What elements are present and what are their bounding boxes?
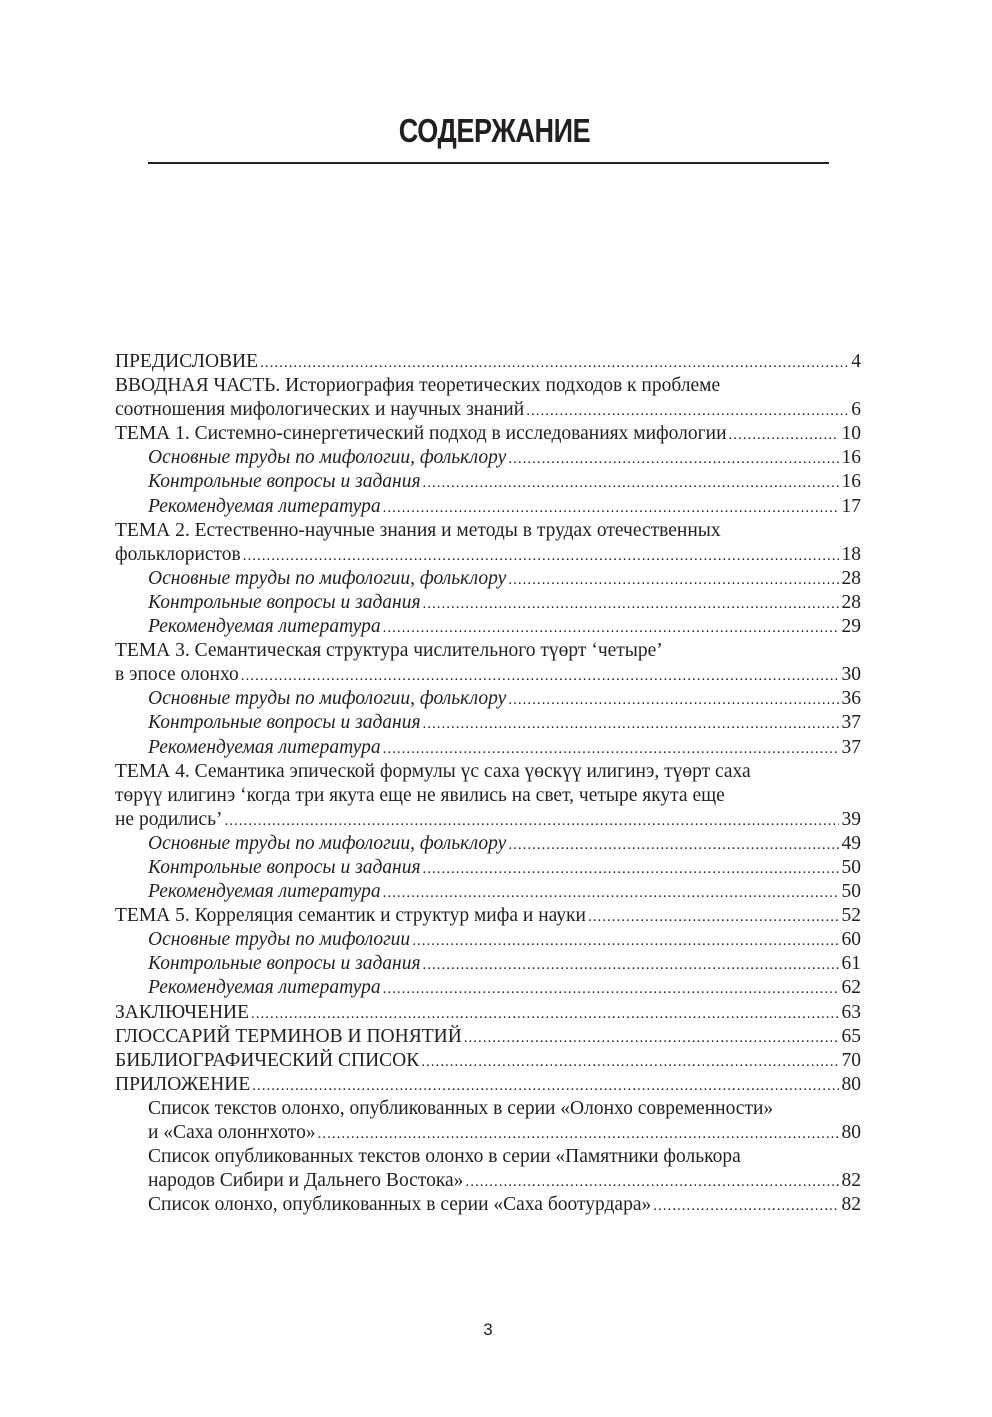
toc-page-number: 80 <box>842 1121 862 1145</box>
toc-entry[interactable]: ТЕМА 3. Семантическая структура числител… <box>115 639 861 687</box>
toc-entry[interactable]: ТЕМА 2. Естественно-научные знания и мет… <box>115 519 861 567</box>
toc-entry-title: ПРЕДИСЛОВИЕ <box>115 350 258 374</box>
toc-entry[interactable]: Основные труды по мифологии, фольклору36 <box>115 687 861 711</box>
toc-entry-title: в эпосе олонхо <box>115 663 239 687</box>
toc-entry-title: Список опубликованных текстов олонхо в с… <box>148 1145 741 1169</box>
toc-page-number: 37 <box>842 711 862 735</box>
toc-line: Основные труды по мифологии, фольклору36 <box>115 687 861 711</box>
toc-entry-title: соотношения мифологических и научных зна… <box>115 398 524 422</box>
toc-entry-title: Контрольные вопросы и задания <box>148 856 421 880</box>
toc-page-number: 50 <box>842 856 862 880</box>
toc-entry-title: Основные труды по мифологии, фольклору <box>148 567 506 591</box>
toc-line: төрүү илигинэ ‘когда три якута еще не яв… <box>115 784 861 808</box>
toc-entry-title: Основные труды по мифологии <box>148 928 410 952</box>
toc-page-number: 6 <box>851 398 861 422</box>
toc-line: Контрольные вопросы и задания28 <box>115 591 861 615</box>
toc-entry[interactable]: Основные труды по мифологии, фольклору28 <box>115 567 861 591</box>
toc-entry-title: ТЕМА 3. Семантическая структура числител… <box>115 639 663 663</box>
toc-line: не родились’39 <box>115 808 861 832</box>
dot-leader <box>243 544 839 568</box>
toc-page-number: 82 <box>842 1169 862 1193</box>
toc-entry-title: и «Саха олонҥхото» <box>148 1121 316 1145</box>
toc-entry-title: фольклористов <box>115 543 241 567</box>
toc-line: Контрольные вопросы и задания50 <box>115 856 861 880</box>
toc-entry[interactable]: ЗАКЛЮЧЕНИЕ63 <box>115 1001 861 1025</box>
toc-entry-title: Основные труды по мифологии, фольклору <box>148 687 506 711</box>
toc-entry[interactable]: ПРИЛОЖЕНИЕ80 <box>115 1073 861 1097</box>
toc-line: ЗАКЛЮЧЕНИЕ63 <box>115 1001 861 1025</box>
toc-line: ТЕМА 3. Семантическая структура числител… <box>115 639 861 663</box>
toc-page-number: 80 <box>842 1073 862 1097</box>
toc-entry-title: БИБЛИОГРАФИЧЕСКИЙ СПИСОК <box>115 1049 419 1073</box>
toc-page-number: 50 <box>842 880 862 904</box>
toc-page-number: 37 <box>842 736 862 760</box>
page-title: СОДЕРЖАНИЕ <box>88 112 901 150</box>
dot-leader <box>423 471 839 495</box>
toc-line: соотношения мифологических и научных зна… <box>115 398 861 422</box>
toc-line: и «Саха олонҥхото»80 <box>115 1121 861 1145</box>
toc-entry[interactable]: Основные труды по мифологии60 <box>115 928 861 952</box>
dot-leader <box>252 1074 838 1098</box>
toc-entry-title: төрүү илигинэ ‘когда три якута еще не яв… <box>115 784 725 808</box>
toc-page-number: 39 <box>842 808 862 832</box>
toc-entry-title: Рекомендуемая литература <box>148 880 381 904</box>
toc-page-number: 36 <box>842 687 862 711</box>
toc-entry-title: Список олонхо, опубликованных в серии «С… <box>148 1193 651 1217</box>
toc-entry[interactable]: Рекомендуемая литература37 <box>115 736 861 760</box>
toc-page-number: 17 <box>842 495 862 519</box>
toc-page-number: 18 <box>842 543 862 567</box>
toc-line: Рекомендуемая литература17 <box>115 495 861 519</box>
toc-page-number: 62 <box>842 976 862 1000</box>
dot-leader <box>653 1194 838 1218</box>
toc-line: Основные труды по мифологии, фольклору16 <box>115 446 861 470</box>
toc-page-number: 60 <box>842 928 862 952</box>
dot-leader <box>260 351 848 375</box>
toc-entry-title: ЗАКЛЮЧЕНИЕ <box>115 1001 249 1025</box>
dot-leader <box>423 592 839 616</box>
toc-page-number: 52 <box>842 904 862 928</box>
toc-page-number: 28 <box>842 591 862 615</box>
toc-line: ПРЕДИСЛОВИЕ4 <box>115 350 861 374</box>
toc-page-number: 30 <box>842 663 862 687</box>
toc-page-number: 49 <box>842 832 862 856</box>
toc-entry[interactable]: Контрольные вопросы и задания50 <box>115 856 861 880</box>
dot-leader <box>508 568 838 592</box>
toc-page-number: 65 <box>842 1025 862 1049</box>
toc-page-number: 16 <box>842 470 862 494</box>
toc-entry-title: ТЕМА 4. Семантика эпической формулы үс с… <box>115 760 751 784</box>
toc-entry-title: не родились’ <box>115 808 222 832</box>
toc-entry[interactable]: ТЕМА 1. Системно-синергетический подход … <box>115 422 861 446</box>
toc-entry-title: Рекомендуемая литература <box>148 615 381 639</box>
dot-leader <box>423 712 839 736</box>
dot-leader <box>412 929 838 953</box>
toc-line: в эпосе олонхо30 <box>115 663 861 687</box>
dot-leader <box>465 1170 838 1194</box>
toc-entry[interactable]: Основные труды по мифологии, фольклору16 <box>115 446 861 470</box>
dot-leader <box>508 447 838 471</box>
toc-entry[interactable]: Контрольные вопросы и задания37 <box>115 711 861 735</box>
toc-entry[interactable]: Рекомендуемая литература62 <box>115 976 861 1000</box>
toc-entry-title: Список текстов олонхо, опубликованных в … <box>148 1097 773 1121</box>
dot-leader <box>251 1002 838 1026</box>
dot-leader <box>318 1122 839 1146</box>
toc-line: Список олонхо, опубликованных в серии «С… <box>115 1193 861 1217</box>
dot-leader <box>383 616 839 640</box>
toc-page-number: 61 <box>842 952 862 976</box>
toc-entry-title: Рекомендуемая литература <box>148 495 381 519</box>
toc-entry[interactable]: Список текстов олонхо, опубликованных в … <box>115 1097 861 1145</box>
toc-line: Основные труды по мифологии60 <box>115 928 861 952</box>
toc-line: Контрольные вопросы и задания16 <box>115 470 861 494</box>
table-of-contents: ПРЕДИСЛОВИЕ4ВВОДНАЯ ЧАСТЬ. Историография… <box>115 350 861 1217</box>
toc-page-number: 10 <box>842 422 862 446</box>
toc-line: Рекомендуемая литература62 <box>115 976 861 1000</box>
toc-line: Контрольные вопросы и задания37 <box>115 711 861 735</box>
toc-entry[interactable]: Основные труды по мифологии, фольклору49 <box>115 832 861 856</box>
dot-leader <box>464 1026 839 1050</box>
toc-page-number: 63 <box>842 1001 862 1025</box>
toc-entry[interactable]: Список опубликованных текстов олонхо в с… <box>115 1145 861 1193</box>
toc-line: ТЕМА 4. Семантика эпической формулы үс с… <box>115 760 861 784</box>
toc-entry[interactable]: ТЕМА 5. Корреляция семантик и структур м… <box>115 904 861 928</box>
toc-page-number: 70 <box>842 1049 862 1073</box>
toc-entry[interactable]: Рекомендуемая литература29 <box>115 615 861 639</box>
toc-entry[interactable]: ТЕМА 4. Семантика эпической формулы үс с… <box>115 760 861 832</box>
toc-line: Основные труды по мифологии, фольклору28 <box>115 567 861 591</box>
toc-entry-title: Основные труды по мифологии, фольклору <box>148 446 506 470</box>
toc-entry[interactable]: ПРЕДИСЛОВИЕ4 <box>115 350 861 374</box>
toc-line: Список опубликованных текстов олонхо в с… <box>115 1145 861 1169</box>
toc-line: Рекомендуемая литература37 <box>115 736 861 760</box>
toc-entry-title: ТЕМА 2. Естественно-научные знания и мет… <box>115 519 721 543</box>
toc-entry-title: Основные труды по мифологии, фольклору <box>148 832 506 856</box>
toc-page-number: 29 <box>842 615 862 639</box>
dot-leader <box>588 905 839 929</box>
toc-page-number: 16 <box>842 446 862 470</box>
toc-page-number: 28 <box>842 567 862 591</box>
toc-line: народов Сибири и Дальнего Востока»82 <box>115 1169 861 1193</box>
toc-entry-title: ТЕМА 1. Системно-синергетический подход … <box>115 422 727 446</box>
toc-line: Рекомендуемая литература29 <box>115 615 861 639</box>
toc-entry[interactable]: Контрольные вопросы и задания16 <box>115 470 861 494</box>
toc-entry-title: ВВОДНАЯ ЧАСТЬ. Историография теоретическ… <box>115 374 720 398</box>
toc-entry-title: Контрольные вопросы и задания <box>148 952 421 976</box>
toc-entry[interactable]: БИБЛИОГРАФИЧЕСКИЙ СПИСОК70 <box>115 1049 861 1073</box>
toc-entry[interactable]: Рекомендуемая литература50 <box>115 880 861 904</box>
toc-entry[interactable]: Контрольные вопросы и задания28 <box>115 591 861 615</box>
dot-leader <box>421 1050 838 1074</box>
dot-leader <box>508 833 838 857</box>
dot-leader <box>508 688 838 712</box>
toc-line: ГЛОССАРИЙ ТЕРМИНОВ И ПОНЯТИЙ65 <box>115 1025 861 1049</box>
dot-leader <box>526 399 848 423</box>
toc-entry[interactable]: Контрольные вопросы и задания61 <box>115 952 861 976</box>
toc-line: ТЕМА 1. Системно-синергетический подход … <box>115 422 861 446</box>
toc-line: ТЕМА 5. Корреляция семантик и структур м… <box>115 904 861 928</box>
toc-line: фольклористов18 <box>115 543 861 567</box>
dot-leader <box>224 809 838 833</box>
toc-entry-title: Рекомендуемая литература <box>148 976 381 1000</box>
dot-leader <box>383 881 839 905</box>
toc-page-number: 82 <box>842 1193 862 1217</box>
toc-entry[interactable]: ГЛОССАРИЙ ТЕРМИНОВ И ПОНЯТИЙ65 <box>115 1025 861 1049</box>
dot-leader <box>383 977 839 1001</box>
toc-entry-title: Контрольные вопросы и задания <box>148 711 421 735</box>
toc-line: ПРИЛОЖЕНИЕ80 <box>115 1073 861 1097</box>
toc-line: Список текстов олонхо, опубликованных в … <box>115 1097 861 1121</box>
toc-entry[interactable]: Список олонхо, опубликованных в серии «С… <box>115 1193 861 1217</box>
toc-line: Основные труды по мифологии, фольклору49 <box>115 832 861 856</box>
toc-line: ВВОДНАЯ ЧАСТЬ. Историография теоретическ… <box>115 374 861 398</box>
title-rule <box>148 162 829 164</box>
toc-line: ТЕМА 2. Естественно-научные знания и мет… <box>115 519 861 543</box>
toc-entry[interactable]: Рекомендуемая литература17 <box>115 495 861 519</box>
toc-entry[interactable]: ВВОДНАЯ ЧАСТЬ. Историография теоретическ… <box>115 374 861 422</box>
toc-entry-title: Рекомендуемая литература <box>148 736 381 760</box>
page-number: 3 <box>0 1320 976 1340</box>
toc-entry-title: ПРИЛОЖЕНИЕ <box>115 1073 250 1097</box>
toc-page-number: 4 <box>851 350 861 374</box>
toc-line: БИБЛИОГРАФИЧЕСКИЙ СПИСОК70 <box>115 1049 861 1073</box>
toc-entry-title: народов Сибири и Дальнего Востока» <box>148 1169 463 1193</box>
dot-leader <box>423 857 839 881</box>
dot-leader <box>423 953 839 977</box>
dot-leader <box>383 496 839 520</box>
toc-line: Рекомендуемая литература50 <box>115 880 861 904</box>
dot-leader <box>383 737 839 761</box>
toc-entry-title: ТЕМА 5. Корреляция семантик и структур м… <box>115 904 586 928</box>
dot-leader <box>241 664 839 688</box>
dot-leader <box>729 423 839 447</box>
toc-line: Контрольные вопросы и задания61 <box>115 952 861 976</box>
toc-entry-title: Контрольные вопросы и задания <box>148 591 421 615</box>
toc-entry-title: Контрольные вопросы и задания <box>148 470 421 494</box>
toc-entry-title: ГЛОССАРИЙ ТЕРМИНОВ И ПОНЯТИЙ <box>115 1025 462 1049</box>
